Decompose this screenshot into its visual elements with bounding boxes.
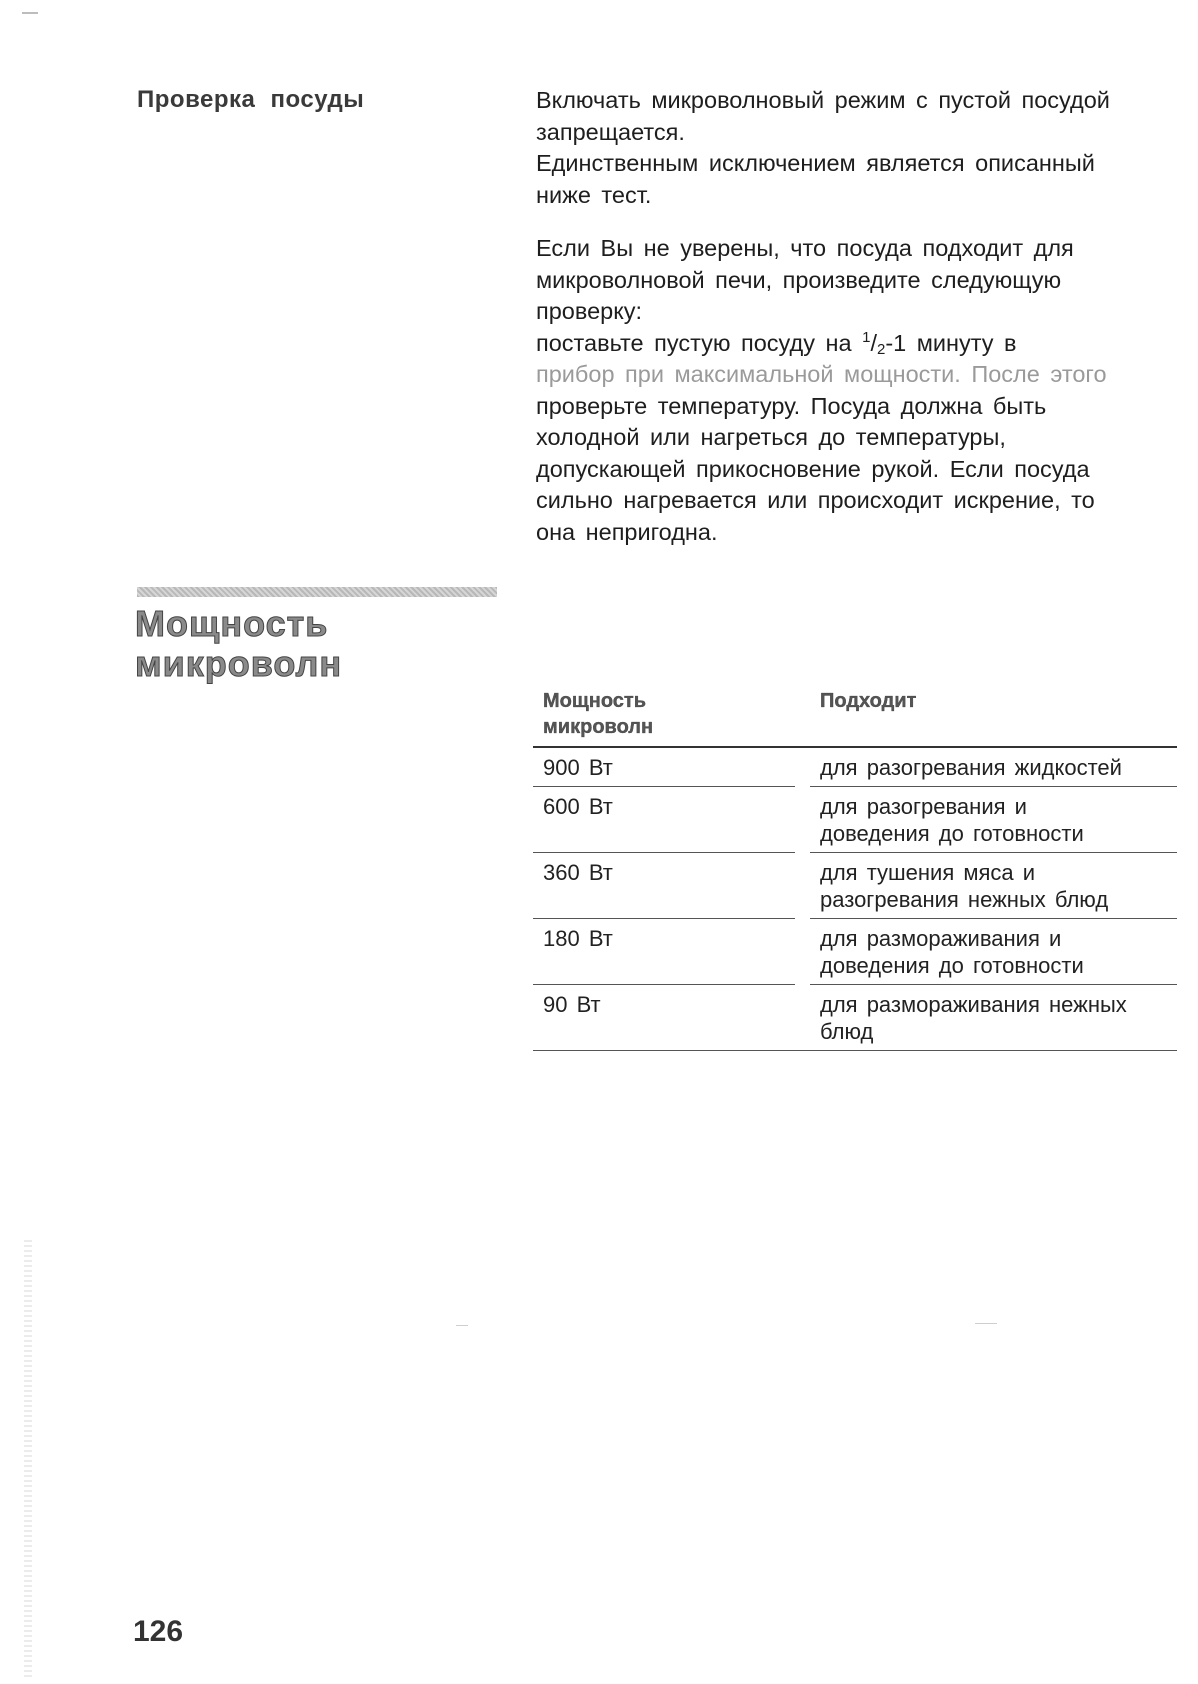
table-body: 900 Втдля разогревания жидкостей600 Втдл… [533, 748, 1177, 1050]
use-line: доведения до готовности [820, 820, 1177, 847]
text-line: ниже тест. [536, 180, 1176, 212]
page-number: 126 [133, 1615, 183, 1649]
use-line: для размораживания и [820, 925, 1177, 952]
text-fragment: -1 минуту в [885, 330, 1016, 356]
table-row: 600 Втдля разогревания идоведения до гот… [533, 787, 1177, 853]
text-line: холодной или нагреться до температуры, [536, 422, 1176, 454]
table-row: 90 Втдля размораживания нежныхблюд [533, 985, 1177, 1050]
use-cell: для размораживания нежныхблюд [810, 985, 1177, 1050]
text-line: Включать микроволновый режим с пустой по… [536, 85, 1176, 117]
table-row: 180 Втдля размораживания идоведения до г… [533, 919, 1177, 985]
power-cell: 360 Вт [533, 853, 795, 919]
use-line: для тушения мяса и [820, 859, 1177, 886]
text-line: она непригодна. [536, 517, 1176, 549]
table-row: 360 Втдля тушения мяса иразогревания неж… [533, 853, 1177, 919]
use-line: для размораживания нежных [820, 991, 1177, 1018]
text-line: сильно нагревается или происходит искрен… [536, 485, 1176, 517]
header-text: микроволн [543, 714, 810, 740]
text-line: прибор при максимальной мощности. После … [536, 359, 1176, 391]
section-divider-bar [137, 587, 497, 597]
table-row: 900 Втдля разогревания жидкостей [533, 748, 1177, 787]
use-cell: для разогревания идоведения до готовност… [810, 787, 1177, 853]
scan-edge-artifact [24, 1240, 32, 1680]
use-line: доведения до готовности [820, 952, 1177, 979]
check-dishes-heading: Проверка посуды [137, 86, 364, 114]
use-line: для разогревания жидкостей [820, 754, 1177, 781]
table-bottom-rule [533, 1050, 1177, 1051]
power-cell: 90 Вт [533, 985, 795, 1050]
use-cell: для размораживания идоведения до готовно… [810, 919, 1177, 985]
use-line: блюд [820, 1018, 1177, 1045]
text-line: поставьте пустую посуду на 1/2-1 минуту … [536, 328, 1176, 360]
power-cell: 600 Вт [533, 787, 795, 853]
text-line: Единственным исключением является описан… [536, 148, 1176, 180]
scan-artifact [22, 12, 38, 14]
text-line: допускающей прикосновение рукой. Если по… [536, 454, 1176, 486]
section-title: Мощность микроволн [135, 604, 342, 684]
section-title-line: микроволн [135, 644, 342, 684]
use-line: разогревания нежных блюд [820, 886, 1177, 913]
header-suitable: Подходит [810, 686, 1177, 746]
use-line: для разогревания и [820, 793, 1177, 820]
text-line: Если Вы не уверены, что посуда подходит … [536, 233, 1176, 265]
test-instructions-paragraph: Если Вы не уверены, что посуда подходит … [536, 233, 1176, 548]
text-line: проверьте температуру. Посуда должна быт… [536, 391, 1176, 423]
text-line: проверку: [536, 296, 1176, 328]
table-header: Мощность микроволн Подходит [533, 686, 1177, 748]
text-line: запрещается. [536, 117, 1176, 149]
power-cell: 180 Вт [533, 919, 795, 985]
use-cell: для разогревания жидкостей [810, 748, 1177, 787]
scan-speck [975, 1323, 997, 1324]
header-power: Мощность микроволн [533, 686, 810, 746]
power-cell: 900 Вт [533, 748, 795, 787]
use-cell: для тушения мяса иразогревания нежных бл… [810, 853, 1177, 919]
text-fragment: поставьте пустую посуду на [536, 330, 862, 356]
microwave-power-table: Мощность микроволн Подходит 900 Втдля ра… [533, 686, 1177, 1051]
half-fraction: 1/2 [862, 330, 885, 356]
scan-speck [456, 1325, 468, 1326]
header-text: Мощность [543, 688, 810, 714]
warning-paragraph: Включать микроволновый режим с пустой по… [536, 85, 1176, 211]
text-line: микроволновой печи, произведите следующу… [536, 265, 1176, 297]
section-title-line: Мощность [135, 604, 342, 644]
